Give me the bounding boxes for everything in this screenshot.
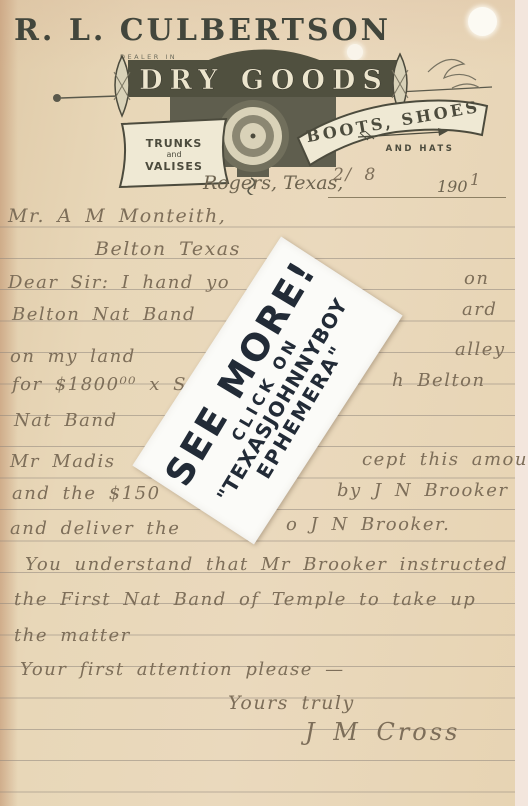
scanned-letter: R. L. CULBERTSON DEALER IN DRY GOODS: [0, 0, 528, 806]
handwritten-line: Your first attention please —: [20, 659, 345, 680]
handwritten-line: Dear Sir: I hand yo: [8, 272, 230, 293]
handwritten-date: 2/ 8: [333, 165, 377, 185]
handwritten-line: Belton Texas: [95, 238, 241, 260]
handwritten-line: and deliver the: [10, 518, 180, 539]
handwritten-line: Nat Band: [14, 410, 118, 431]
and-label: and: [166, 150, 181, 159]
handwritten-line: Mr. A M Monteith,: [8, 205, 226, 227]
handwritten-line: cept this amount: [362, 449, 528, 470]
medallion: [217, 100, 289, 172]
dealer-in-label: DEALER IN: [120, 53, 177, 61]
handwritten-line: o J N Brooker.: [286, 514, 450, 535]
and-hats-label: AND HATS: [386, 144, 455, 154]
handwritten-line: the matter: [14, 625, 131, 646]
year-printed: 190: [437, 177, 468, 196]
scroll-flourish: [428, 60, 480, 89]
rod-ball: [53, 94, 61, 102]
handwritten-line: by J N Brooker: [337, 480, 509, 501]
closing-line: Yours truly: [228, 692, 355, 714]
handwritten-line: Belton Nat Band: [12, 304, 196, 325]
trunks-label: TRUNKS: [146, 137, 203, 150]
handwritten-line: and the $150: [12, 483, 161, 504]
signature: J M Cross: [305, 718, 460, 746]
valises-label: VALISES: [145, 160, 203, 173]
handwritten-line: on my land: [10, 346, 136, 367]
handwritten-line: for $1800⁰⁰ x S: [12, 374, 187, 395]
date-blank-line: [328, 197, 506, 198]
handwritten-line: the First Nat Band of Temple to take up: [14, 589, 476, 610]
dry-goods-label: DRY GOODS: [139, 65, 389, 96]
handwritten-line: h Belton: [392, 370, 486, 391]
handwritten-line: Mr Madis: [10, 451, 115, 472]
handwritten-line: ard: [462, 299, 497, 320]
letterhead-engraving: R. L. CULBERTSON DEALER IN DRY GOODS: [0, 0, 528, 195]
place-printed: Rogers, Texas,: [203, 172, 343, 194]
handwritten-line: alley: [455, 339, 506, 360]
year-handwritten: 1: [470, 170, 482, 189]
handwritten-line: You understand that Mr Brooker instructe…: [25, 554, 508, 575]
handwritten-line: on: [464, 268, 489, 289]
company-name: R. L. CULBERTSON: [14, 13, 391, 48]
